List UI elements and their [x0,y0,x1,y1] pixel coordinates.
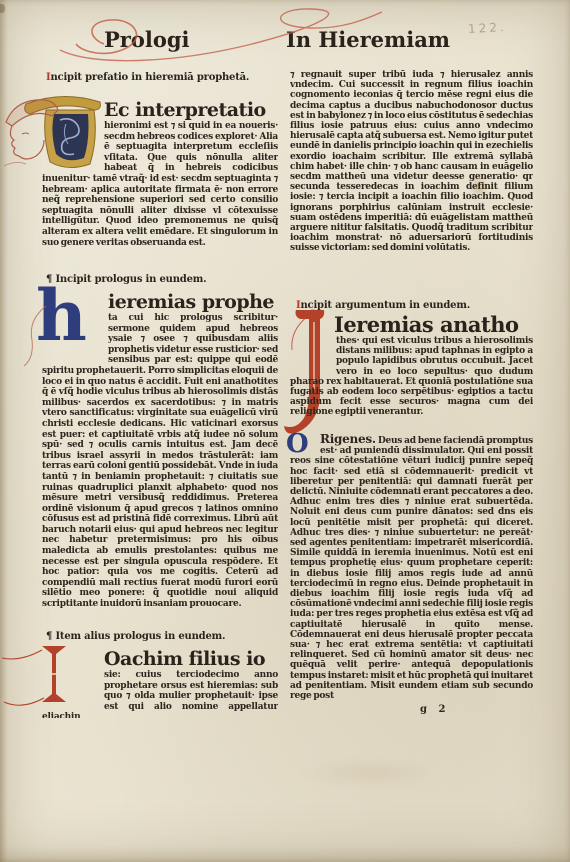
initial-reserve [42,670,104,704]
body-origenes: Rigenes. Deus ad bene faciendā promptus … [290,434,533,701]
initial-reserve [42,313,108,357]
initial-reserve [290,336,336,368]
rubric-prefatio: Incipit prefatio in hieremiā prophetā. [46,72,278,84]
continuation-text: ⁊ regnauit super tribū iuda ⁊ hierusalez… [290,70,533,294]
body-alius-prologus: sie: cuius terciodecimo anno prophetare … [42,670,278,718]
opening-argumentum: Ieremias anatho [334,313,533,336]
body-prefatio: hieronimi est ⁊ si quid in ea noueris· s… [42,121,278,248]
section-origenes: Rigenes. Deus ad bene faciendā promptus … [290,434,533,706]
body-continuation: ⁊ regnauit super tribū iuda ⁊ hierusalez… [290,70,533,254]
rubric-argumentum: Incipit argumentum in eundem. [296,300,532,312]
parchment-stain-faint [300,760,440,786]
red-pen-flourish [52,0,392,66]
section-prefatio: Ec interpretatio hieronimi est ⁊ si quid… [42,99,278,259]
opening-prologus: ieremias prophe [108,291,278,313]
section-alius-prologus: Oachim filius io sie: cuius terciodecimo… [42,648,278,718]
section-prologus: ieremias prophe ta cui hic prologus scri… [42,291,278,621]
incunable-page: Prologi In Hieremiam 122. Incipit prefat… [0,0,570,862]
page-bottom-edge-shadow [0,846,570,862]
body-argumentum: thes· qui est viculus tribus a hierosoli… [290,336,533,418]
opening-alius-prologus: Oachim filius io [104,648,278,670]
signature-mark: g 2 [420,704,449,715]
folio-annotation: 122. [468,20,507,36]
opening-origenes: Rigenes. [320,434,376,446]
opening-prefatio: Ec interpretatio [104,99,278,121]
body-prologus: ta cui hic prologus scribitur· sermone q… [42,313,278,610]
initial-reserve [42,121,104,165]
corner-fleck [0,4,5,13]
rubric-alius-prologus: ¶ Item alius prologus in eundem. [46,631,278,643]
section-argumentum: Ieremias anatho thes· qui est viculus tr… [290,313,533,429]
initial-reserve [290,434,320,455]
